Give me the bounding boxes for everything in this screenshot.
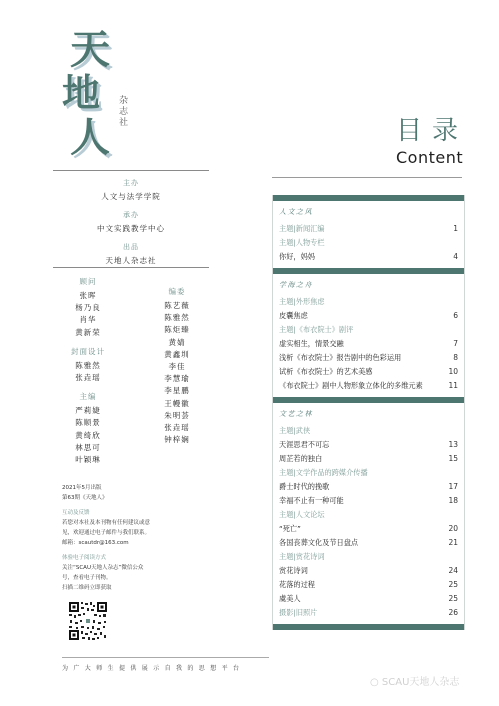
toc-article[interactable]: 皮囊焦虑6 xyxy=(279,309,458,323)
section-title: 人文之风 xyxy=(279,207,458,217)
toc-topic[interactable]: 主题|外形焦虑 xyxy=(279,295,458,309)
toc-text: 幸福不止有一种可能 xyxy=(279,494,344,508)
staff-label-cover-design: 封面设计 xyxy=(53,346,123,357)
staff-label-editorial-board: 编委 xyxy=(142,286,212,297)
credit-label: 主办 xyxy=(53,178,209,188)
watermark-text: SCAU天地人杂志 xyxy=(382,677,460,688)
staff-name: 李星鹏 xyxy=(142,385,212,397)
ebook-label: 体验电子阅读方式 xyxy=(62,553,222,563)
staff-name: 黄绮欣 xyxy=(53,430,123,442)
toc-article[interactable]: 各国丧葬文化及节日盘点21 xyxy=(279,536,458,550)
credit-value: 人文与法学学院 xyxy=(53,191,209,202)
toc-text: 主题|人物专栏 xyxy=(279,236,325,250)
email-link[interactable]: 邮箱：scautdr@163.com xyxy=(62,538,222,548)
toc-text: 主题|外形焦虑 xyxy=(279,295,325,309)
toc-article[interactable]: 虚实相生，情景交融7 xyxy=(279,337,458,351)
toc-text: 赏花诗词 xyxy=(279,564,308,578)
page-number: 4 xyxy=(453,250,458,264)
page-number: 20 xyxy=(448,522,458,536)
page-number: 21 xyxy=(448,536,458,550)
credits: 主办 人文与法学学院 承办 中文实践教学中心 出品 天地人杂志社 xyxy=(53,178,209,266)
toc-text: 各国丧葬文化及节日盘点 xyxy=(279,536,358,550)
toc-topic[interactable]: 主题|《布衣院士》剧评 xyxy=(279,323,458,337)
staff-name: 肖华 xyxy=(53,314,123,326)
toc-article[interactable]: 周芷若的独白15 xyxy=(279,452,458,466)
ebook-text: 号，查看电子刊物。 xyxy=(62,573,222,583)
staff-name: 钟梓娴 xyxy=(142,434,212,446)
page-title-en: Content xyxy=(396,148,463,167)
toc-text: 皮囊焦虑 xyxy=(279,309,308,323)
page-number: 25 xyxy=(448,578,458,592)
page-number: 17 xyxy=(448,480,458,494)
staff-left-column: 顾问 张晖 杨乃良 肖华 黄新荣 封面设计 陈雅然 张垚瑶 主编 严莉婕 陈顺景… xyxy=(53,276,123,466)
credit-value: 天地人杂志社 xyxy=(53,255,209,266)
page-number: 8 xyxy=(453,351,458,365)
page-title-zh: 目录 xyxy=(396,110,468,147)
toc-article[interactable]: 幸福不止有一种可能18 xyxy=(279,494,458,508)
staff-name: 叶颖琳 xyxy=(53,454,123,466)
toc-article[interactable]: 浅析《布衣院士》报告剧中的色彩运用8 xyxy=(279,351,458,365)
toc-section-academic: 学海之舟 主题|外形焦虑 皮囊焦虑6 主题|《布衣院士》剧评 虚实相生，情景交融… xyxy=(273,274,464,397)
staff-name: 张垚瑶 xyxy=(53,372,123,384)
toc-text: 主题|赏花诗词 xyxy=(279,550,325,564)
page-number: 13 xyxy=(448,438,458,452)
divider-bottom-left xyxy=(62,657,269,658)
table-of-contents: 人文之风 主题|新闻汇编1 主题|人物专栏 你好，妈妈4 学海之舟 主题|外形焦… xyxy=(272,195,465,630)
staff-name: 黄新荣 xyxy=(53,327,123,339)
page-number: 24 xyxy=(448,564,458,578)
divider-mid-left xyxy=(53,267,209,268)
credit-label: 承办 xyxy=(53,210,209,220)
qr-code[interactable] xyxy=(68,601,108,641)
toc-text: 虚实相生，情景交融 xyxy=(279,337,344,351)
qr-code-icon xyxy=(68,601,108,641)
page-number: 15 xyxy=(448,452,458,466)
toc-topic[interactable]: 主题|新闻汇编1 xyxy=(279,222,458,236)
wechat-watermark: ○ SCAU天地人杂志 xyxy=(370,673,459,688)
toc-article[interactable]: 赏花诗词24 xyxy=(279,564,458,578)
staff-name: 严莉婕 xyxy=(53,405,123,417)
section-title: 学海之舟 xyxy=(279,280,458,290)
ebook-text: 关注“SCAU天地人杂志”微信公众 xyxy=(62,563,222,573)
toc-text: 主题|武侠 xyxy=(279,424,310,438)
page-number: 7 xyxy=(453,337,458,351)
page-number: 26 xyxy=(448,606,458,620)
staff-name: 黄婧 xyxy=(142,337,212,349)
wechat-icon: ○ xyxy=(370,677,379,688)
credit-host: 主办 人文与法学学院 xyxy=(53,178,209,202)
feedback-label: 互动及反馈 xyxy=(62,508,222,518)
page-number: 1 xyxy=(453,222,458,236)
toc-text: 你好，妈妈 xyxy=(279,250,315,264)
toc-topic[interactable]: 主题|人文论坛 xyxy=(279,508,458,522)
credit-label: 出品 xyxy=(53,242,209,252)
toc-article[interactable]: “死亡”20 xyxy=(279,522,458,536)
toc-text: 周芷若的独白 xyxy=(279,452,322,466)
staff-name: 朱明荟 xyxy=(142,410,212,422)
toc-text: 摄影|旧照片 xyxy=(279,606,317,620)
toc-article[interactable]: 《布衣院士》剧中人物形象立体化的多维元素11 xyxy=(279,379,458,393)
staff-right-column: 编委 陈艺薇 陈雅然 陈炬臻 黄婧 黄鑫圳 李佳 李慧瑜 李星鹏 王幔徽 朱明荟… xyxy=(142,286,212,446)
toc-article[interactable]: 天涯思君不可忘13 xyxy=(279,438,458,452)
page-number: 6 xyxy=(453,309,458,323)
credit-organizer: 承办 中文实践教学中心 xyxy=(53,210,209,234)
logo-char-ren: 人 xyxy=(70,118,110,158)
staff-name: 陈雅然 xyxy=(142,312,212,324)
staff-name: 杨乃良 xyxy=(53,302,123,314)
toc-article[interactable]: 试析《布衣院士》的艺术美感10 xyxy=(279,365,458,379)
staff-name: 陈顺景 xyxy=(53,417,123,429)
toc-section-humanities: 人文之风 主题|新闻汇编1 主题|人物专栏 你好，妈妈4 xyxy=(273,201,464,268)
toc-article[interactable]: 爵士时代的挽歌17 xyxy=(279,480,458,494)
credit-value: 中文实践教学中心 xyxy=(53,223,209,234)
toc-text: 虞美人 xyxy=(279,592,301,606)
toc-article[interactable]: 你好，妈妈4 xyxy=(279,250,458,264)
toc-text: 试析《布衣院士》的艺术美感 xyxy=(279,365,372,379)
staff-name: 陈艺薇 xyxy=(142,300,212,312)
staff-name: 李佳 xyxy=(142,361,212,373)
credit-producer: 出品 天地人杂志社 xyxy=(53,242,209,266)
toc-text: 浅析《布衣院士》报告剧中的色彩运用 xyxy=(279,351,401,365)
toc-text: 主题|《布衣院士》剧评 xyxy=(279,323,353,337)
staff-name: 张垚瑶 xyxy=(142,422,212,434)
toc-text: 主题|人文论坛 xyxy=(279,508,325,522)
toc-text: 《布衣院士》剧中人物形象立体化的多维元素 xyxy=(279,379,423,393)
page-number: 10 xyxy=(448,365,458,379)
toc-text: 天涯思君不可忘 xyxy=(279,438,329,452)
section-bar xyxy=(273,624,464,630)
ebook-text: 扫描二维码立即获取 xyxy=(62,583,222,593)
slogan: 为广大师生提供展示自我的思想平台 xyxy=(62,663,244,672)
feedback-text: 若您对本社及本刊物有任何建议或意 xyxy=(62,518,222,528)
issue-number: 第63期《天地人》 xyxy=(62,493,222,503)
publication-info: 2021年5月出版 第63期《天地人》 互动及反馈 若您对本社及本刊物有任何建议… xyxy=(62,483,222,593)
divider-top-left xyxy=(53,170,209,171)
staff-name: 陈炬臻 xyxy=(142,324,212,336)
toc-text: 主题|文学作品的跨媒介传播 xyxy=(279,466,368,480)
staff-name: 林思可 xyxy=(53,442,123,454)
toc-text: 爵士时代的挽歌 xyxy=(279,480,329,494)
page-number: 18 xyxy=(448,494,458,508)
publish-date: 2021年5月出版 xyxy=(62,483,222,493)
logo-char-tian: 天 xyxy=(70,30,110,70)
staff-label-advisor: 顾问 xyxy=(53,276,123,287)
toc-article[interactable]: 花落的过程25 xyxy=(279,578,458,592)
toc-text: 花落的过程 xyxy=(279,578,315,592)
logo-char-di: 地 xyxy=(62,74,100,112)
toc-section-literature: 文艺之林 主题|武侠 天涯思君不可忘13 周芷若的独白15 主题|文学作品的跨媒… xyxy=(273,403,464,624)
toc-text: “死亡” xyxy=(279,522,301,536)
staff-name: 李慧瑜 xyxy=(142,373,212,385)
section-title: 文艺之林 xyxy=(279,409,458,419)
logo-subtitle: 杂志社 xyxy=(116,95,129,128)
toc-topic[interactable]: 主题|文学作品的跨媒介传播 xyxy=(279,466,458,480)
toc-topic[interactable]: 主题|赏花诗词 xyxy=(279,550,458,564)
page-number: 25 xyxy=(448,592,458,606)
divider-title xyxy=(272,177,462,178)
staff-name: 黄鑫圳 xyxy=(142,349,212,361)
magazine-logo: 天 地 人 xyxy=(62,30,142,160)
staff-label-editor-in-chief: 主编 xyxy=(53,391,123,402)
staff-name: 陈雅然 xyxy=(53,360,123,372)
staff-name: 张晖 xyxy=(53,290,123,302)
toc-article[interactable]: 虞美人25 xyxy=(279,592,458,606)
toc-text: 主题|新闻汇编 xyxy=(279,222,325,236)
page-number: 11 xyxy=(448,379,458,393)
feedback-text: 见，欢迎通过电子邮件与我们联系。 xyxy=(62,528,222,538)
toc-topic[interactable]: 主题|人物专栏 xyxy=(279,236,458,250)
toc-topic[interactable]: 摄影|旧照片26 xyxy=(279,606,458,620)
toc-topic[interactable]: 主题|武侠 xyxy=(279,424,458,438)
staff-name: 王幔徽 xyxy=(142,398,212,410)
